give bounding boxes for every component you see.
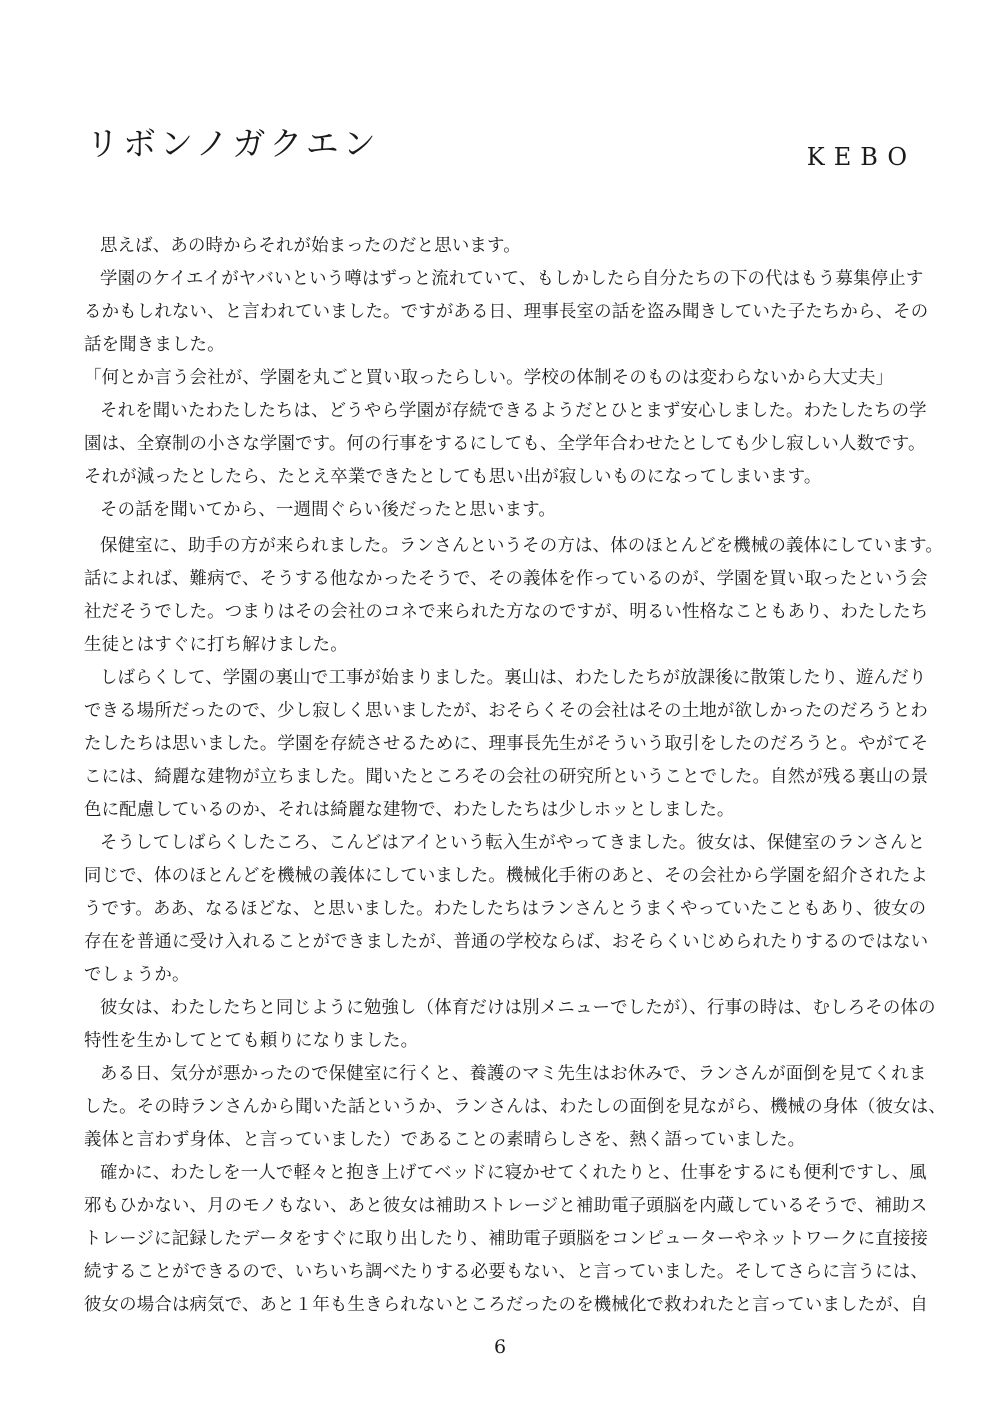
text-line: 「何とか言う会社が、学園を丸ごと買い取ったらしい。学校の体制そのものは変わらない… — [84, 367, 918, 389]
author-name: KEBO — [807, 143, 916, 171]
text-line: 色に配慮しているのか、それは綺麗な建物で、わたしたちは少しホッとしました。 — [84, 799, 918, 821]
text-line: 彼女は、わたしたちと同じように勉強し（体育だけは別メニューでしたが）、行事の時は… — [84, 997, 918, 1019]
text-line: 義体と言わず身体、と言っていました）であることの素晴らしさを、熱く語っていました… — [84, 1129, 918, 1151]
text-line: 思えば、あの時からそれが始まったのだと思います。 — [84, 235, 918, 257]
text-line: でしょうか。 — [84, 964, 918, 986]
story-title: リボンノガクエン — [86, 118, 380, 165]
text-line: 確かに、わたしを一人で軽々と抱き上げてベッドに寝かせてくれたりと、仕事をするにも… — [84, 1162, 918, 1184]
text-line: 社だそうでした。つまりはその会社のコネで来られた方なのですが、明るい性格なことも… — [84, 601, 918, 623]
text-line: それを聞いたわたしたちは、どうやら学園が存続できるようだとひとまず安心しました。… — [84, 400, 918, 422]
text-line: こには、綺麗な建物が立ちました。聞いたところその会社の研究所ということでした。自… — [84, 766, 918, 788]
text-line: 学園のケイエイがヤバいという噂はずっと流れていて、もしかしたら自分たちの下の代は… — [84, 268, 918, 290]
text-line: 彼女の場合は病気で、あと１年も生きられないところだったのを機械化で救われたと言っ… — [84, 1294, 918, 1316]
text-line: 特性を生かしてとても頼りになりました。 — [84, 1030, 918, 1052]
text-line: 話を聞きました。 — [84, 334, 918, 356]
text-line: たしたちは思いました。学園を存続させるために、理事長先生がそういう取引をしたのだ… — [84, 733, 918, 755]
text-line: 同じで、体のほとんどを機械の義体にしていました。機械化手術のあと、その会社から学… — [84, 865, 918, 887]
text-line: 存在を普通に受け入れることができましたが、普通の学校ならば、おそらくいじめられた… — [84, 931, 918, 953]
text-line: トレージに記録したデータをすぐに取り出したり、補助電子頭脳をコンピューターやネッ… — [84, 1228, 918, 1250]
text-line: 話によれば、難病で、そうする他なかったそうで、その義体を作っているのが、学園を買… — [84, 568, 918, 590]
text-line: した。その時ランさんから聞いた話というか、ランさんは、わたしの面倒を見ながら、機… — [84, 1096, 918, 1118]
text-line: その話を聞いてから、一週間ぐらい後だったと思います。 — [84, 499, 918, 521]
text-line: 生徒とはすぐに打ち解けました。 — [84, 634, 918, 656]
text-line: 邪もひかない、月のモノもない、あと彼女は補助ストレージと補助電子頭脳を内蔵してい… — [84, 1195, 918, 1217]
text-line: それが減ったとしたら、たとえ卒業できたとしても思い出が寂しいものになってしまいま… — [84, 466, 918, 488]
text-line: そうしてしばらくしたころ、こんどはアイという転入生がやってきました。彼女は、保健… — [84, 832, 918, 854]
text-line: 保健室に、助手の方が来られました。ランさんというその方は、体のほとんどを機械の義… — [84, 535, 918, 557]
text-line: 園は、全寮制の小さな学園です。何の行事をするにしても、全学年合わせたとしても少し… — [84, 433, 918, 455]
text-line: 続することができるので、いちいち調べたりする必要もない、と言っていました。そして… — [84, 1261, 918, 1283]
text-line: できる場所だったので、少し寂しく思いましたが、おそらくその会社はその土地が欲しか… — [84, 700, 918, 722]
page-number: 6 — [0, 1336, 1000, 1358]
text-line: うです。ああ、なるほどな、と思いました。わたしたちはランさんとうまくやっていたこ… — [84, 898, 918, 920]
text-line: るかもしれない、と言われていました。ですがある日、理事長室の話を盗み聞きしていた… — [84, 301, 918, 323]
text-line: ある日、気分が悪かったので保健室に行くと、養護のマミ先生はお休みで、ランさんが面… — [84, 1063, 918, 1085]
text-line: しばらくして、学園の裏山で工事が始まりました。裏山は、わたしたちが放課後に散策し… — [84, 667, 918, 689]
